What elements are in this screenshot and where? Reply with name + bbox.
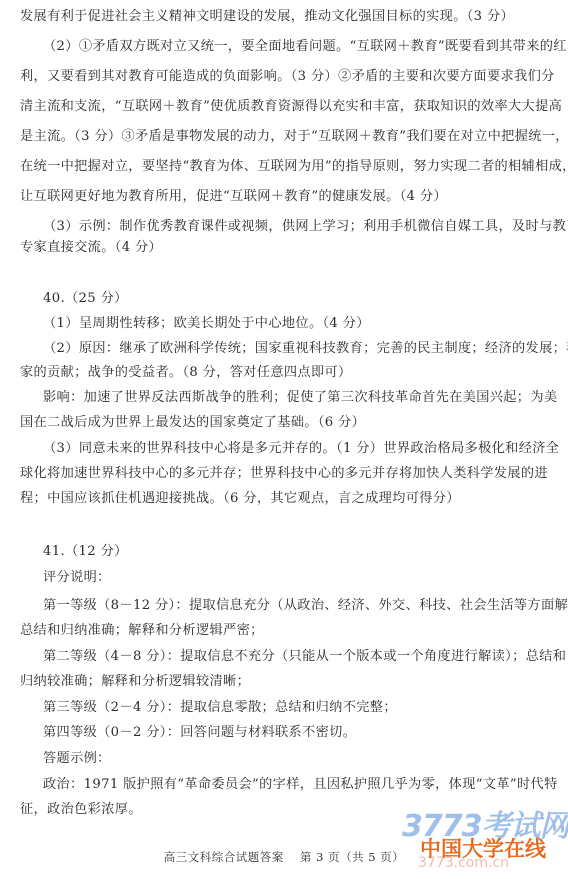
footer-title: 高三文科综合试题答案 [164, 850, 284, 864]
q39-part2-line: 让互联网更好地为教育所用，促进“互联网＋教育”的健康发展。（4 分） [20, 188, 550, 206]
q41-level4: 第四等级（0－2 分）：回答问题与材料联系不密切。 [43, 724, 550, 742]
q39-part2-line: 是主流。（3 分）③矛盾是事物发展的动力，对于“互联网＋教育”我们要在对立中把握… [20, 128, 550, 146]
q41-level3: 第三等级（2－4 分）：提取信息零散；总结和归纳不完整； [43, 699, 550, 717]
q41-example-label: 答题示例： [43, 750, 550, 768]
q41-level1-line: 总结和归纳准确；解释和分析逻辑严密； [20, 622, 550, 640]
q39-part3-line: 专家直接交流。（4 分） [20, 239, 550, 257]
q41-heading: 41.（12 分） [43, 543, 568, 561]
footer-page-number: 第 3 页（共 5 页） [300, 850, 404, 864]
document-page: 发展有利于促进社会主义精神文明建设的发展，推动文化强国目标的实现。（3 分） （… [0, 0, 568, 879]
q39-part2-line: 利，又要看到其对教育可能造成的负面影响。（3 分）②矛盾的主要和次要方面要求我们… [20, 68, 550, 86]
q40-part1: （1）呈周期性转移；欧美长期处于中心地位。（4 分） [43, 315, 568, 333]
q41-level1-line: 第一等级（8－12 分）：提取信息充分（从政治、经济、外交、科技、社会生活等方面… [43, 597, 550, 615]
q40-heading: 40.（25 分） [43, 290, 568, 308]
page-footer: 高三文科综合试题答案 第 3 页（共 5 页） [0, 849, 568, 865]
q40-part3-line: 程；中国应该抓住机遇迎接挑战。（6 分，其它观点，言之成理均可得分） [20, 490, 550, 508]
q41-level2-line: 第二等级（4－8 分）：提取信息不充分（只能从一个版本或一个角度进行解读）；总结… [43, 648, 550, 666]
q40-part2-impact-line: 国在二战后成为世界上最发达的国家奠定了基础。（6 分） [20, 414, 550, 432]
q41-scoring-label: 评分说明： [43, 569, 568, 587]
q41-example-line: 征，政治色彩浓厚。 [20, 801, 550, 819]
q39-part2-line: 在统一中把握对立，要坚持“教育为体、互联网为用”的指导原则，努力实现二者的相辅相… [20, 158, 550, 176]
q40-part2-reason-line: 家的贡献；战争的受益者。（8 分，答对任意四点即可） [20, 364, 550, 382]
q41-level2-line: 归纳较准确；解释和分析逻辑较清晰； [20, 673, 550, 691]
q40-part2-impact-line: 影响：加速了世界反法西斯战争的胜利；促使了第三次科技革命首先在美国兴起；为美 [43, 389, 550, 407]
q39-text-line: 发展有利于促进社会主义精神文明建设的发展，推动文化强国目标的实现。（3 分） [20, 8, 550, 26]
q39-part2-line: 清主流和支流，“互联网＋教育”使优质教育资源得以充实和丰富，获取知识的效率大大提… [20, 98, 550, 116]
q39-part3-line: （3）示例：制作优秀教育课件或视频，供网上学习；利用手机微信自媒工具，及时与教育 [43, 218, 550, 236]
q40-part3-line: 球化将加速世界科技中心的多元并存；世界科技中心的多元并存将加快人类科学发展的进 [20, 465, 550, 483]
q40-part3-line: （3）同意未来的世界科技中心将是多元并存的。（1 分）世界政治格局多极化和经济全 [43, 440, 550, 458]
q41-example-line: 政治：1971 版护照有“革命委员会”的字样，且因私护照几乎为零，体现“文革”时… [43, 776, 550, 794]
q39-part2-line: （2）①矛盾双方既对立又统一，要全面地看问题。“互联网＋教育”既要看到其带来的红 [43, 38, 550, 56]
q40-part2-reason-line: （2）原因：继承了欧洲科学传统；国家重视科技教育；完善的民主制度；经济的发展；科… [43, 340, 550, 358]
